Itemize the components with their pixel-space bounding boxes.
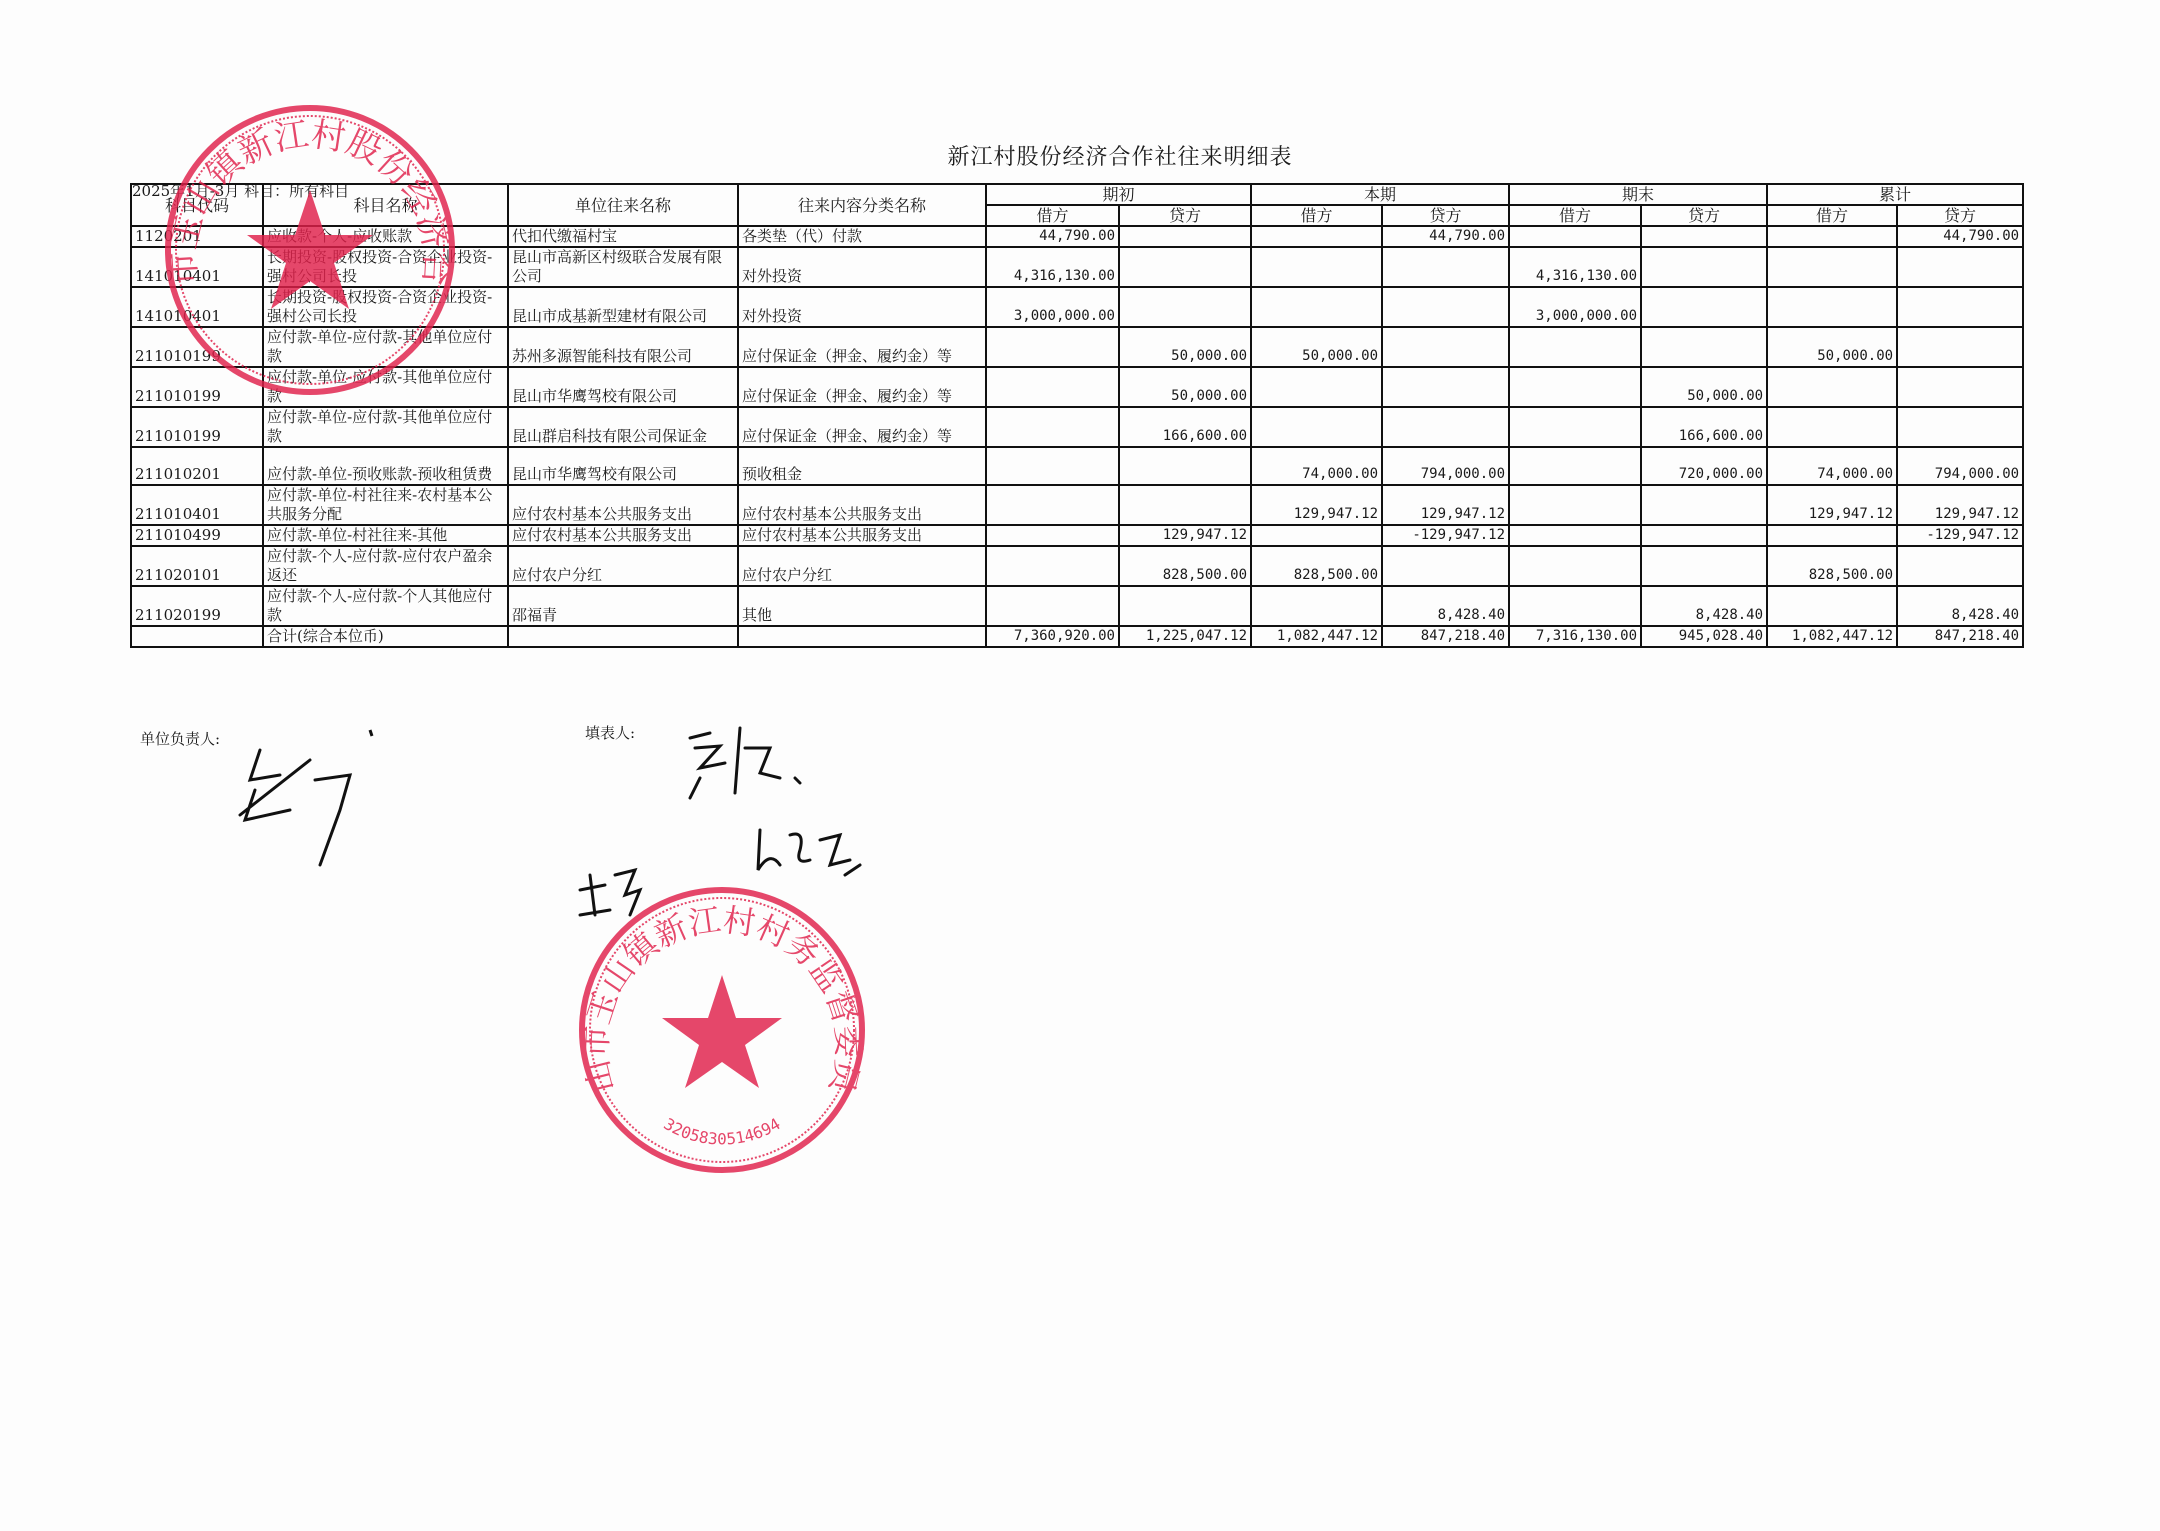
cell-amount-open-cr: 166,600.00 <box>1119 407 1251 447</box>
table-row: 211010199应付款-单位-应付款-其他单位应付款昆山市华鹰驾校有限公司应付… <box>131 367 2023 407</box>
cell-amount-acc-dr <box>1767 367 1897 407</box>
cell-amount-open-dr <box>986 485 1119 525</box>
cell-amount-acc-dr: 74,000.00 <box>1767 447 1897 485</box>
cell-category: 其他 <box>738 586 986 626</box>
cell-amount-end-dr <box>1509 525 1641 546</box>
cell-amount-open-dr: 44,790.00 <box>986 226 1119 247</box>
cell-amount-acc-dr <box>1767 287 1897 327</box>
header-group-cumulative: 累计 <box>1767 184 2023 205</box>
cell-amount-end-cr <box>1641 247 1767 287</box>
cell-amount-end-cr <box>1641 485 1767 525</box>
header-group-ending: 期末 <box>1509 184 1767 205</box>
cell-amount-cur-dr: 828,500.00 <box>1251 546 1382 586</box>
cell-total-unit <box>508 626 738 647</box>
cell-amount-acc-dr <box>1767 247 1897 287</box>
cell-amount-open-dr <box>986 367 1119 407</box>
cell-amount-cur-cr: 8,428.40 <box>1382 586 1509 626</box>
signature-unit-head <box>220 720 420 870</box>
cell-amount-cur-cr <box>1382 247 1509 287</box>
cell-amount-cur-cr <box>1382 546 1509 586</box>
cell-unit-name: 昆山市高新区村级联合发展有限公司 <box>508 247 738 287</box>
table-row: 211020101应付款-个人-应付款-应付农户盈余返还应付农户分红应付农户分红… <box>131 546 2023 586</box>
cell-amount-acc-cr <box>1897 327 2023 367</box>
cell-category: 应付保证金（押金、履约金）等 <box>738 327 986 367</box>
cell-unit-name: 苏州多源智能科技有限公司 <box>508 327 738 367</box>
cell-total-open-dr: 7,360,920.00 <box>986 626 1119 647</box>
cell-total-cur-cr: 847,218.40 <box>1382 626 1509 647</box>
ledger-table: 科目代码 科目名称 单位往来名称 往来内容分类名称 期初 本期 期末 累计 借方… <box>130 183 2024 648</box>
cell-amount-cur-cr: 794,000.00 <box>1382 447 1509 485</box>
cell-amount-end-dr <box>1509 447 1641 485</box>
cell-account-name: 长期投资-股权投资-合资企业投资-强村公司长投 <box>263 247 508 287</box>
cell-account-code: 211010199 <box>131 407 263 447</box>
header-group-current: 本期 <box>1251 184 1509 205</box>
header-debit: 借方 <box>1767 205 1897 226</box>
cell-category: 应付农村基本公共服务支出 <box>738 485 986 525</box>
cell-amount-acc-cr: 129,947.12 <box>1897 485 2023 525</box>
cell-amount-open-cr <box>1119 247 1251 287</box>
cell-amount-acc-cr: -129,947.12 <box>1897 525 2023 546</box>
cell-account-name: 长期投资-股权投资-合资企业投资-强村公司长投 <box>263 287 508 327</box>
cell-account-code: 211010401 <box>131 485 263 525</box>
cell-amount-end-dr <box>1509 407 1641 447</box>
cell-amount-cur-dr: 74,000.00 <box>1251 447 1382 485</box>
cell-account-name: 应付款-个人-应付款-个人其他应付款 <box>263 586 508 626</box>
cell-total-acc-cr: 847,218.40 <box>1897 626 2023 647</box>
cell-amount-cur-cr <box>1382 367 1509 407</box>
cell-amount-cur-dr <box>1251 226 1382 247</box>
cell-account-code: 141010401 <box>131 247 263 287</box>
cell-amount-cur-dr <box>1251 407 1382 447</box>
cell-amount-open-dr <box>986 447 1119 485</box>
cell-unit-name: 昆山群启科技有限公司保证金 <box>508 407 738 447</box>
svg-text:3205830514694: 3205830514694 <box>660 1114 783 1148</box>
header-code: 科目代码 <box>131 184 263 226</box>
cell-amount-end-dr <box>1509 226 1641 247</box>
total-row: 合计(综合本位币)7,360,920.001,225,047.121,082,4… <box>131 626 2023 647</box>
header-debit: 借方 <box>1251 205 1382 226</box>
cell-account-name: 应付款-单位-应付款-其他单位应付款 <box>263 367 508 407</box>
cell-amount-open-cr <box>1119 226 1251 247</box>
cell-account-name: 应付款-单位-预收账款-预收租赁费 <box>263 447 508 485</box>
cell-amount-cur-dr: 129,947.12 <box>1251 485 1382 525</box>
cell-account-code: 211020199 <box>131 586 263 626</box>
cell-amount-cur-cr: 129,947.12 <box>1382 485 1509 525</box>
cell-amount-end-dr <box>1509 546 1641 586</box>
cell-amount-cur-cr: -129,947.12 <box>1382 525 1509 546</box>
cell-account-code: 211010199 <box>131 327 263 367</box>
table-row: 211010401应付款-单位-村社往来-农村基本公共服务分配应付农村基本公共服… <box>131 485 2023 525</box>
cell-amount-acc-dr: 129,947.12 <box>1767 485 1897 525</box>
cell-amount-end-cr <box>1641 226 1767 247</box>
cell-unit-name: 应付农村基本公共服务支出 <box>508 485 738 525</box>
cell-account-code: 211010201 <box>131 447 263 485</box>
cell-amount-end-dr <box>1509 485 1641 525</box>
cell-unit-name: 代扣代缴福村宝 <box>508 226 738 247</box>
cell-amount-end-cr: 720,000.00 <box>1641 447 1767 485</box>
cell-amount-end-cr: 50,000.00 <box>1641 367 1767 407</box>
unit-head-label: 单位负责人: <box>140 728 220 749</box>
table-row: 211010199应付款-单位-应付款-其他单位应付款苏州多源智能科技有限公司应… <box>131 327 2023 367</box>
cell-unit-name: 昆山市成基新型建材有限公司 <box>508 287 738 327</box>
cell-amount-end-cr: 8,428.40 <box>1641 586 1767 626</box>
cell-total-label: 合计(综合本位币) <box>263 626 508 647</box>
cell-account-name: 应付款-个人-应付款-应付农户盈余返还 <box>263 546 508 586</box>
header-debit: 借方 <box>986 205 1119 226</box>
cell-amount-cur-dr <box>1251 287 1382 327</box>
table-row: 211020199应付款-个人-应付款-个人其他应付款邵福青其他8,428.40… <box>131 586 2023 626</box>
cell-amount-acc-dr <box>1767 525 1897 546</box>
cell-amount-acc-dr <box>1767 226 1897 247</box>
cell-amount-end-dr <box>1509 327 1641 367</box>
cell-category: 各类垫（代）付款 <box>738 226 986 247</box>
cell-total-open-cr: 1,225,047.12 <box>1119 626 1251 647</box>
cell-account-code: 141010401 <box>131 287 263 327</box>
table-row: 211010199应付款-单位-应付款-其他单位应付款昆山群启科技有限公司保证金… <box>131 407 2023 447</box>
preparer-label: 填表人: <box>585 722 635 743</box>
cell-amount-end-cr <box>1641 327 1767 367</box>
cell-amount-end-cr: 166,600.00 <box>1641 407 1767 447</box>
cell-amount-open-dr: 4,316,130.00 <box>986 247 1119 287</box>
cell-amount-open-cr <box>1119 485 1251 525</box>
cell-amount-open-cr: 50,000.00 <box>1119 367 1251 407</box>
cell-amount-cur-dr: 50,000.00 <box>1251 327 1382 367</box>
cell-amount-open-cr: 50,000.00 <box>1119 327 1251 367</box>
svg-text:昆山市玉山镇新江村村务监督委员会: 昆山市玉山镇新江村村务监督委员会 <box>572 880 868 1098</box>
cell-amount-cur-cr <box>1382 287 1509 327</box>
cell-amount-cur-cr: 44,790.00 <box>1382 226 1509 247</box>
cell-amount-end-dr: 4,316,130.00 <box>1509 247 1641 287</box>
cell-amount-acc-cr <box>1897 287 2023 327</box>
cell-amount-open-cr: 828,500.00 <box>1119 546 1251 586</box>
document-title: 新江村股份经济合作社往来明细表 <box>0 140 2160 171</box>
cell-amount-acc-dr <box>1767 407 1897 447</box>
cell-amount-acc-cr: 44,790.00 <box>1897 226 2023 247</box>
cell-unit-name: 昆山市华鹰驾校有限公司 <box>508 447 738 485</box>
cell-amount-acc-dr: 50,000.00 <box>1767 327 1897 367</box>
cell-total-end-cr: 945,028.40 <box>1641 626 1767 647</box>
cell-amount-end-dr <box>1509 586 1641 626</box>
cell-amount-open-cr: 129,947.12 <box>1119 525 1251 546</box>
header-unit: 单位往来名称 <box>508 184 738 226</box>
cell-account-name: 应付款-单位-村社往来-其他 <box>263 525 508 546</box>
cell-amount-cur-dr <box>1251 525 1382 546</box>
header-debit: 借方 <box>1509 205 1641 226</box>
cell-amount-end-cr <box>1641 287 1767 327</box>
cell-amount-open-dr <box>986 407 1119 447</box>
cell-amount-end-dr <box>1509 367 1641 407</box>
header-category: 往来内容分类名称 <box>738 184 986 226</box>
cell-category: 应付保证金（押金、履约金）等 <box>738 407 986 447</box>
cell-amount-cur-dr <box>1251 367 1382 407</box>
cell-unit-name: 应付农村基本公共服务支出 <box>508 525 738 546</box>
header-name: 科目名称 <box>263 184 508 226</box>
cell-amount-end-dr: 3,000,000.00 <box>1509 287 1641 327</box>
cell-total-code <box>131 626 263 647</box>
cell-category: 对外投资 <box>738 287 986 327</box>
cell-category: 应付农村基本公共服务支出 <box>738 525 986 546</box>
cell-category: 应付农户分红 <box>738 546 986 586</box>
cell-amount-end-cr <box>1641 525 1767 546</box>
cell-category: 对外投资 <box>738 247 986 287</box>
cell-unit-name: 应付农户分红 <box>508 546 738 586</box>
cell-amount-open-cr <box>1119 447 1251 485</box>
cell-amount-open-dr <box>986 327 1119 367</box>
cell-unit-name: 昆山市华鹰驾校有限公司 <box>508 367 738 407</box>
cell-account-name: 应付款-单位-村社往来-农村基本公共服务分配 <box>263 485 508 525</box>
cell-account-code: 211010199 <box>131 367 263 407</box>
cell-amount-open-cr <box>1119 586 1251 626</box>
cell-total-category <box>738 626 986 647</box>
table-row: 1120201应收款-个人-应收账款代扣代缴福村宝各类垫（代）付款44,790.… <box>131 226 2023 247</box>
header-credit: 贷方 <box>1897 205 2023 226</box>
table-row: 211010201应付款-单位-预收账款-预收租赁费昆山市华鹰驾校有限公司预收租… <box>131 447 2023 485</box>
signature-supervisor-1 <box>750 820 870 890</box>
cell-amount-cur-dr <box>1251 247 1382 287</box>
cell-amount-open-cr <box>1119 287 1251 327</box>
cell-account-code: 211010499 <box>131 525 263 546</box>
header-group-opening: 期初 <box>986 184 1251 205</box>
cell-amount-open-dr <box>986 586 1119 626</box>
cell-amount-cur-dr <box>1251 586 1382 626</box>
cell-account-name: 应收款-个人-应收账款 <box>263 226 508 247</box>
cell-category: 预收租金 <box>738 447 986 485</box>
table-row: 141010401长期投资-股权投资-合资企业投资-强村公司长投昆山市高新区村级… <box>131 247 2023 287</box>
cell-amount-acc-cr <box>1897 546 2023 586</box>
table-row: 141010401长期投资-股权投资-合资企业投资-强村公司长投昆山市成基新型建… <box>131 287 2023 327</box>
cell-amount-cur-cr <box>1382 407 1509 447</box>
cell-amount-open-dr <box>986 525 1119 546</box>
signature-preparer <box>670 718 820 808</box>
cell-amount-acc-cr <box>1897 367 2023 407</box>
cell-account-code: 211020101 <box>131 546 263 586</box>
cell-amount-open-dr: 3,000,000.00 <box>986 287 1119 327</box>
cell-amount-cur-cr <box>1382 327 1509 367</box>
cell-amount-acc-cr: 794,000.00 <box>1897 447 2023 485</box>
cell-total-end-dr: 7,316,130.00 <box>1509 626 1641 647</box>
cell-amount-acc-cr <box>1897 247 2023 287</box>
signature-supervisor-2 <box>575 860 655 920</box>
stamp-supervisory-committee: 昆山市玉山镇新江村村务监督委员会 3205830514694 <box>572 880 872 1180</box>
cell-unit-name: 邵福青 <box>508 586 738 626</box>
table-row: 211010499应付款-单位-村社往来-其他应付农村基本公共服务支出应付农村基… <box>131 525 2023 546</box>
cell-amount-acc-cr: 8,428.40 <box>1897 586 2023 626</box>
header-credit: 贷方 <box>1641 205 1767 226</box>
cell-account-name: 应付款-单位-应付款-其他单位应付款 <box>263 327 508 367</box>
cell-account-name: 应付款-单位-应付款-其他单位应付款 <box>263 407 508 447</box>
cell-amount-open-dr <box>986 546 1119 586</box>
cell-amount-end-cr <box>1641 546 1767 586</box>
cell-amount-acc-dr <box>1767 586 1897 626</box>
cell-amount-acc-dr: 828,500.00 <box>1767 546 1897 586</box>
header-credit: 贷方 <box>1382 205 1509 226</box>
header-credit: 贷方 <box>1119 205 1251 226</box>
cell-category: 应付保证金（押金、履约金）等 <box>738 367 986 407</box>
cell-account-code: 1120201 <box>131 226 263 247</box>
cell-total-acc-dr: 1,082,447.12 <box>1767 626 1897 647</box>
cell-amount-acc-cr <box>1897 407 2023 447</box>
cell-total-cur-dr: 1,082,447.12 <box>1251 626 1382 647</box>
